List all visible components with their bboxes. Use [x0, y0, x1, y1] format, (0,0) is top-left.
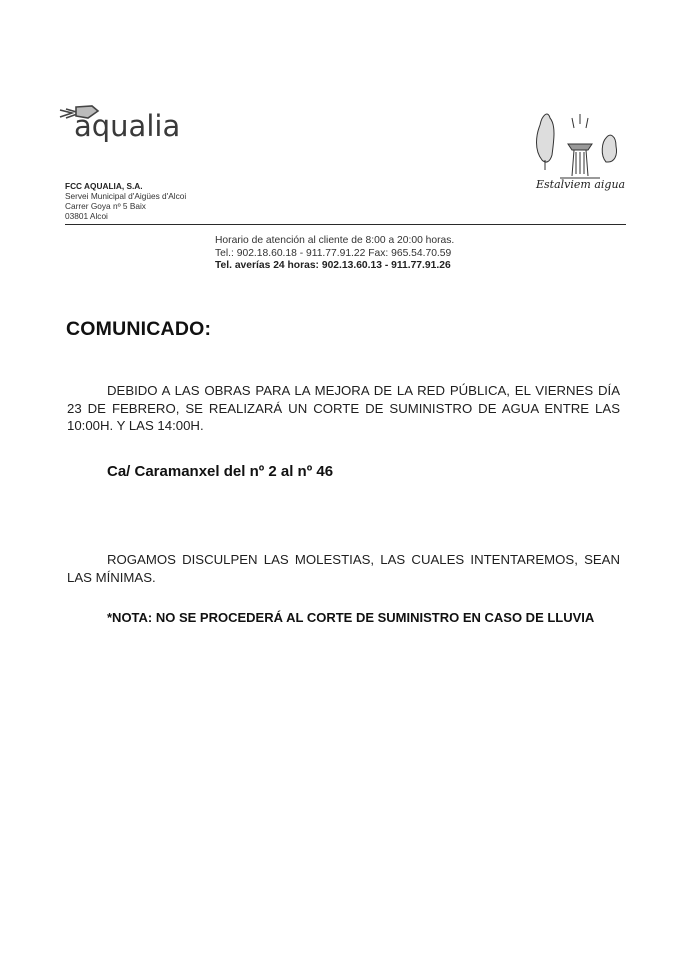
notice-title: COMUNICADO: [66, 318, 211, 341]
company-line: Carrer Goya nº 5 Baix [65, 201, 186, 211]
logo-text: aqualia [74, 112, 180, 141]
office-hours: Horario de atención al cliente de 8:00 a… [215, 235, 454, 248]
save-water-drawing-icon: Estalviem aigua [530, 100, 630, 195]
emergency-phones: Tel. averías 24 horas: 902.13.60.13 - 91… [215, 260, 454, 273]
company-address: FCC AQUALIA, S.A. Servei Municipal d'Aig… [65, 181, 186, 221]
phone-numbers: Tel.: 902.18.60.18 - 911.77.91.22 Fax: 9… [215, 248, 454, 261]
apology-paragraph: ROGAMOS DISCULPEN LAS MOLESTIAS, LAS CUA… [67, 551, 620, 586]
header-divider [65, 224, 626, 225]
affected-street: Ca/ Caramanxel del nº 2 al nº 46 [107, 463, 333, 480]
aqualia-logo: aqualia [58, 104, 188, 150]
rain-note: *NOTA: NO SE PROCEDERÁ AL CORTE DE SUMIN… [107, 610, 594, 625]
company-line: 03801 Alcoi [65, 211, 186, 221]
notice-paragraph: DEBIDO A LAS OBRAS PARA LA MEJORA DE LA … [67, 382, 620, 435]
company-name: FCC AQUALIA, S.A. [65, 181, 186, 191]
drawing-caption: Estalviem aigua [535, 178, 625, 191]
company-line: Servei Municipal d'Aigües d'Alcoi [65, 191, 186, 201]
document-page: aqualia FCC AQUALIA, S.A. Servei Municip… [0, 0, 679, 960]
contact-info: Horario de atención al cliente de 8:00 a… [215, 235, 454, 273]
